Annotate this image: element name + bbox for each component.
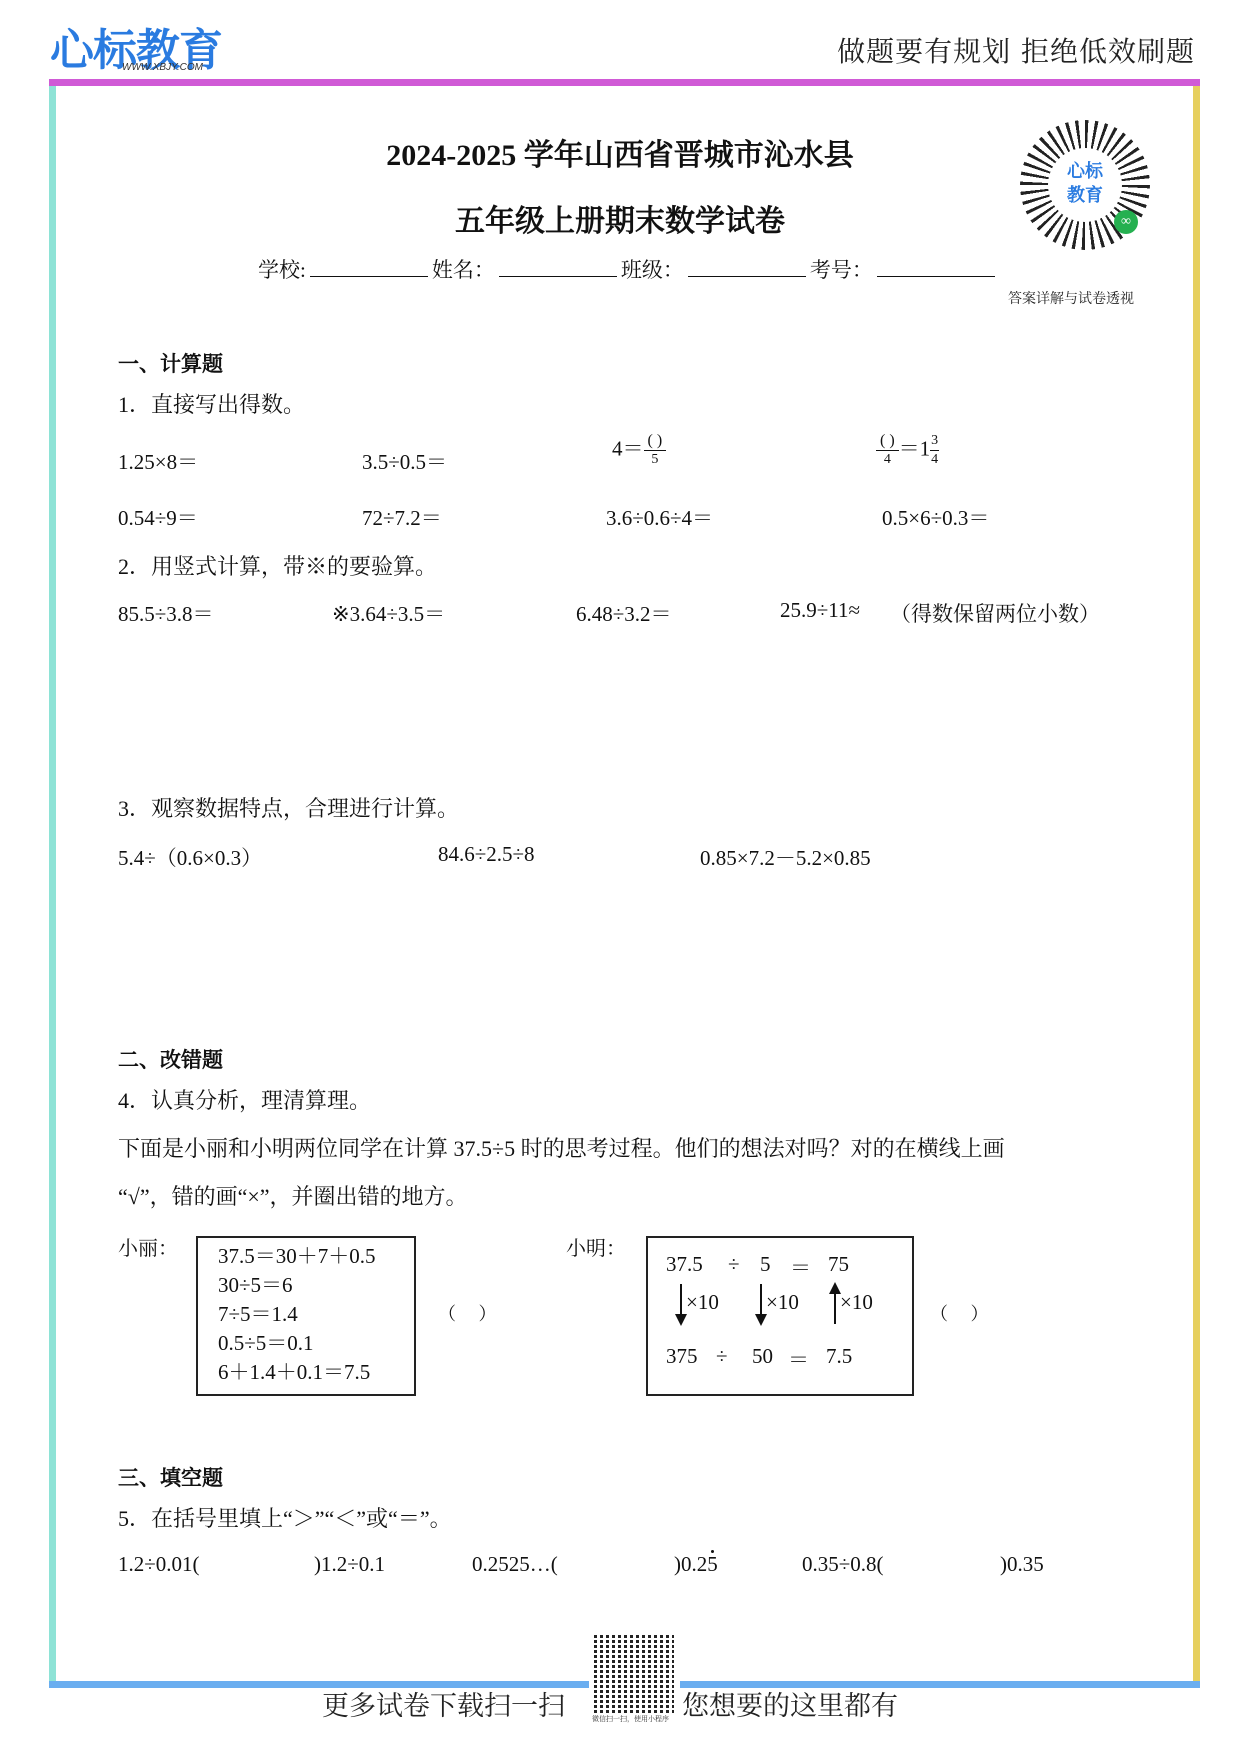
frame-right-bar [1193, 86, 1200, 1682]
q5-item-1-right: )1.2÷0.1 [314, 1552, 385, 1577]
name-blank[interactable] [499, 258, 617, 277]
arrow-down-icon [680, 1284, 682, 1324]
xiaoming-answer-blank[interactable]: （ ） [930, 1300, 989, 1326]
class-blank[interactable] [688, 258, 806, 277]
q1-expr-8: 0.5×6÷0.3＝ [882, 502, 989, 532]
q5-item-2-right-text: )0.2 [674, 1552, 707, 1576]
xiaoli-line: 0.5÷5＝0.1 [218, 1329, 414, 1358]
xm-top-op: ÷ [728, 1252, 740, 1277]
q5-item-2-blank[interactable] [578, 1552, 668, 1578]
xm-bottom-eq: ＝ [788, 1344, 809, 1374]
arrow-up-icon [834, 1284, 836, 1324]
frac-den: 4 [930, 451, 939, 469]
qr-logo-line1: 心标 [1048, 160, 1122, 184]
section-title-fill-blank: 三、填空题 [118, 1462, 223, 1492]
q5-item-2-right: )0.25 [674, 1552, 718, 1577]
qr-caption: 答案详解与试卷透视 [1008, 288, 1134, 308]
q5-item-2-left: 0.2525…( [472, 1552, 558, 1577]
q5-item-1-blank[interactable] [220, 1552, 310, 1578]
fraction-blank-over-4[interactable]: ( )4 [876, 432, 899, 469]
xiaoli-line: 30÷5＝6 [218, 1271, 414, 1300]
mini-program-icon: ∞ [1114, 210, 1138, 234]
footer-right-text: 您想要的这里都有 [682, 1684, 898, 1723]
xm-top-eq: ＝ [790, 1252, 811, 1282]
q2-expr-3: 6.48÷3.2＝ [576, 598, 672, 628]
arrow-down-icon [760, 1284, 762, 1324]
q5-item-3-right: )0.35 [1000, 1552, 1044, 1577]
q5-item-3-left: 0.35÷0.8( [802, 1552, 884, 1577]
frac-num: ( ) [644, 432, 667, 451]
q1-expr-7: 3.6÷0.6÷4＝ [606, 502, 713, 532]
q2-expr-2: ※3.64÷3.5＝ [332, 598, 445, 628]
brand-url: WWW.XBJY.COM [122, 62, 203, 73]
q3-expr-1: 5.4÷（0.6×0.3） [118, 842, 262, 872]
frac-den: 4 [876, 451, 899, 469]
xiaoming-label: 小明： [566, 1232, 626, 1261]
repeating-digit: 5 [707, 1552, 718, 1576]
fraction-blank-over-5[interactable]: ( )5 [644, 432, 667, 469]
section-title-calc: 一、计算题 [118, 348, 223, 378]
qr-logo: 心标 教育 [1048, 148, 1122, 222]
xm-bottom-dividend: 375 [666, 1344, 698, 1369]
footer-left-text: 更多试卷下载扫一扫 [322, 1684, 565, 1723]
q5-item-1-left: 1.2÷0.01( [118, 1552, 200, 1577]
mixed-fraction-part: 34 [930, 432, 939, 469]
section-title-correction: 二、改错题 [118, 1044, 223, 1074]
q2-expr-4: 25.9÷11≈ [780, 598, 860, 623]
footer-qr-code[interactable] [594, 1633, 674, 1713]
mixed-eq: ＝1 [899, 436, 931, 460]
q1-prompt: 1．直接写出得数。 [118, 388, 305, 419]
q1-expr-3-left: 4＝ [612, 436, 644, 460]
xm-bottom-op: ÷ [716, 1344, 728, 1369]
xm-top-divisor: 5 [760, 1252, 771, 1277]
q2-prompt: 2．用竖式计算，带※的要验算。 [118, 550, 437, 581]
xm-top-result: 75 [828, 1252, 849, 1277]
frame-top-bar [49, 79, 1200, 86]
exam-no-label: 考号： [810, 258, 873, 282]
q2-expr-1: 85.5÷3.8＝ [118, 598, 214, 628]
xm-op-1: ×10 [686, 1290, 719, 1315]
q1-expr-5: 0.54÷9＝ [118, 502, 198, 532]
name-label: 姓名： [432, 258, 495, 282]
q1-expr-1: 1.25×8＝ [118, 446, 198, 476]
mini-program-qr-code[interactable]: 心标 教育 ∞ [1020, 120, 1150, 250]
student-info-row: 学校:姓名：班级：考号： [258, 254, 999, 284]
frac-num: 3 [930, 432, 939, 451]
xiaoli-line: 6＋1.4＋0.1＝7.5 [218, 1358, 414, 1387]
xiaoli-line: 37.5＝30＋7＋0.5 [218, 1242, 414, 1271]
class-label: 班级： [621, 258, 684, 282]
frac-num: ( ) [876, 432, 899, 451]
exam-no-blank[interactable] [877, 258, 995, 277]
footer-qr-caption: 微信扫一扫，使用小程序 [592, 1714, 669, 1724]
header-slogan: 做题要有规划 拒绝低效刷题 [837, 30, 1195, 70]
xiaoming-work-box: 37.5 ÷ 5 ＝ 75 ×10 ×10 ×10 375 ÷ 50 ＝ 7.5 [646, 1236, 914, 1396]
q3-expr-2: 84.6÷2.5÷8 [438, 842, 535, 867]
q4-prompt: 4．认真分析，理清算理。 [118, 1084, 371, 1115]
q5-prompt: 5．在括号里填上“＞”“＜”或“＝”。 [118, 1502, 452, 1533]
xm-top-dividend: 37.5 [666, 1252, 703, 1277]
q2-note: （得数保留两位小数） [890, 598, 1100, 628]
xm-bottom-divisor: 50 [752, 1344, 773, 1369]
q1-expr-3: 4＝( )5 [612, 432, 666, 469]
qr-logo-line2: 教育 [1048, 184, 1122, 208]
xiaoli-answer-blank[interactable]: （ ） [438, 1300, 497, 1326]
q4-description-line1: 下面是小丽和小明两位同学在计算 37.5÷5 时的思考过程。他们的想法对吗？对的… [118, 1132, 1005, 1163]
xiaoli-label: 小丽： [118, 1232, 178, 1261]
xm-op-2: ×10 [766, 1290, 799, 1315]
q1-expr-2: 3.5÷0.5＝ [362, 446, 447, 476]
q5-item-3-blank[interactable] [906, 1552, 996, 1578]
xm-bottom-result: 7.5 [826, 1344, 852, 1369]
xiaoli-work-box: 37.5＝30＋7＋0.5 30÷5＝6 7÷5＝1.4 0.5÷5＝0.1 6… [196, 1236, 416, 1396]
frac-den: 5 [644, 451, 667, 469]
q1-expr-4: ( )4＝134 [876, 432, 939, 469]
frame-left-bar [49, 86, 56, 1682]
q3-expr-3: 0.85×7.2－5.2×0.85 [700, 842, 871, 872]
q4-description-line2: “√”，错的画“×”，并圈出错的地方。 [118, 1180, 468, 1211]
xiaoli-line: 7÷5＝1.4 [218, 1300, 414, 1329]
school-blank[interactable] [310, 258, 428, 277]
q1-expr-6: 72÷7.2＝ [362, 502, 442, 532]
school-label: 学校: [258, 258, 306, 282]
xm-op-3: ×10 [840, 1290, 873, 1315]
q3-prompt: 3．观察数据特点，合理进行计算。 [118, 792, 459, 823]
